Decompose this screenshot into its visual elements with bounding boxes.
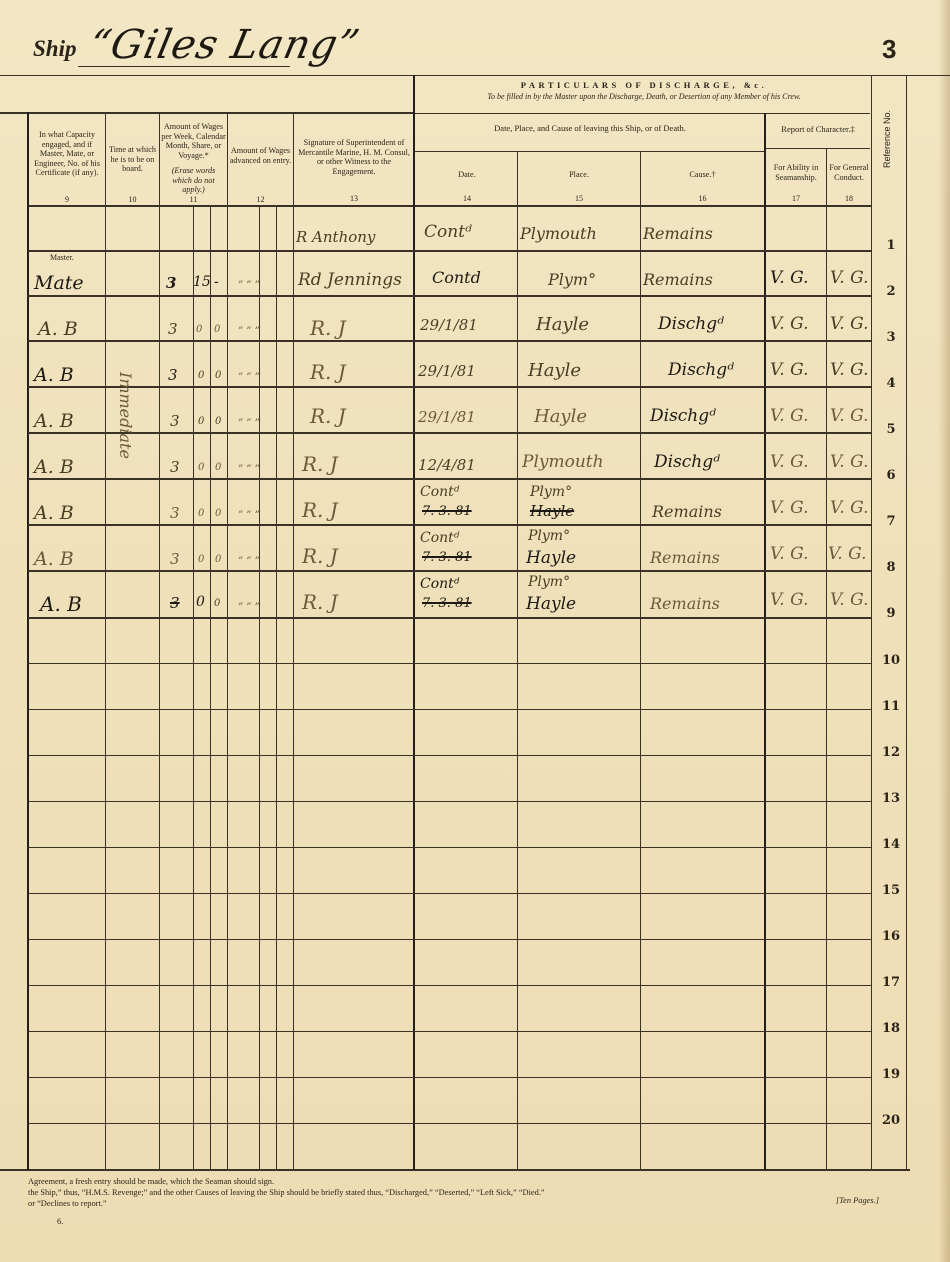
row5-wage-pounds: 3 (170, 412, 180, 430)
row9-ability: V. G. (770, 590, 809, 610)
ref-no-14: 14 (878, 837, 904, 852)
row4-date: 29/1/81 (418, 362, 476, 380)
col-line-12-13 (293, 112, 294, 1170)
row-line-14 (28, 847, 871, 848)
col-line-11a (193, 205, 194, 1170)
footer-note-line1: Agreement, a fresh entry should be made,… (28, 1176, 274, 1187)
row8-date: Contᵈ (420, 530, 459, 546)
header-col-13: Signature of Superintendent of Mercantil… (296, 138, 412, 176)
row2-wage-pounds: 3 (166, 274, 176, 292)
row6-wage-pence: 0 (215, 462, 221, 473)
row7-place-struck: Hayle (530, 502, 574, 520)
row4-cause: Dischgᵈ (668, 360, 734, 380)
row9-date: Contᵈ (420, 576, 459, 592)
ref-no-7: 7 (878, 514, 904, 529)
col-num-10: 10 (107, 195, 158, 204)
ref-no-1: 1 (878, 238, 904, 253)
row1-cause: Remains (643, 224, 713, 243)
row3-cause: Dischgᵈ (658, 314, 724, 334)
ref-no-8: 8 (878, 560, 904, 575)
row-line-16 (28, 939, 871, 940)
row4-conduct: V. G. (830, 360, 869, 380)
row8-witness: R. J (302, 544, 338, 568)
header-col-9: In what Capacity engaged, and if Master,… (30, 130, 104, 178)
row7-advance: ” ” ” (238, 510, 260, 521)
left-header-top-rule (0, 112, 413, 114)
row8-date-struck: 7. 3. 81 (422, 550, 472, 565)
row7-conduct: V. G. (830, 498, 869, 518)
header-col-14: Date. (418, 170, 516, 180)
col-num-12: 12 (229, 195, 292, 204)
header-col-11: Amount of Wages per Week, Calendar Month… (161, 122, 226, 160)
row6-wage-shillings: 0 (198, 462, 204, 473)
ref-no-13: 13 (878, 791, 904, 806)
row7-wage-pounds: 3 (170, 504, 180, 522)
row-line-1 (28, 250, 871, 252)
row3-place: Hayle (536, 314, 589, 335)
col-num-18: 18 (828, 194, 870, 203)
col-num-16: 16 (642, 194, 763, 203)
row8-wage-shillings: 0 (198, 554, 204, 565)
header-col-12: Amount of Wages advanced on entry. (229, 146, 292, 165)
row7-place: Plym° (530, 484, 572, 500)
row7-capacity: A. B (34, 502, 74, 524)
footer-note-line3: or “Declines to report.” (28, 1198, 107, 1209)
character-group-rule (765, 148, 870, 149)
row4-wage-shillings: 0 (198, 370, 204, 381)
row3-ability: V. G. (770, 314, 809, 334)
header-col-15: Place. (519, 170, 639, 180)
row6-cause: Dischgᵈ (654, 452, 720, 472)
row2-wage-shillings: 15 (193, 274, 211, 290)
footer-note-line2: the Ship,” thus, “H.M.S. Revenge;” and t… (28, 1187, 545, 1198)
column10-vertical-note: Immediate (116, 372, 135, 459)
row-line-2 (28, 295, 871, 297)
row-line-11 (28, 709, 871, 710)
col-line-right (906, 75, 907, 1170)
row6-wage-pounds: 3 (170, 458, 180, 476)
ref-no-10: 10 (878, 653, 904, 668)
col-line-17-18 (826, 148, 827, 1170)
row8-wage-pence: 0 (215, 554, 221, 565)
page-number: 3 (882, 34, 896, 65)
ref-no-6: 6 (878, 468, 904, 483)
col-line-13-14 (413, 75, 415, 1170)
header-col-16: Cause.† (642, 170, 763, 180)
paper-edge (938, 0, 950, 1262)
row9-advance: ” ” ” (238, 602, 260, 613)
row-line-15 (28, 893, 871, 894)
col-num-14: 14 (418, 194, 516, 203)
ship-name-underline (78, 66, 290, 67)
ref-no-2: 2 (878, 284, 904, 299)
row-line-3 (28, 340, 871, 342)
row5-advance: ” ” ” (238, 418, 260, 429)
row-line-13 (28, 801, 871, 802)
col-num-13: 13 (296, 194, 412, 203)
col-num-9: 9 (30, 195, 104, 204)
row9-wage-pounds: 3 (170, 594, 180, 612)
row4-wage-pence: 0 (215, 370, 221, 381)
col-num-11: 11 (161, 195, 226, 204)
row-line-19 (28, 1077, 871, 1078)
row5-cause: Dischgᵈ (650, 406, 716, 426)
row5-conduct: V. G. (830, 406, 869, 426)
col-line-9-10 (105, 112, 106, 1170)
row9-conduct: V. G. (830, 590, 869, 610)
discharge-subtitle: To be filled in by the Master upon the D… (418, 92, 870, 101)
row9-capacity: A. B (40, 592, 82, 616)
row-line-8 (28, 570, 871, 572)
leaving-group-header: Date, Place, and Cause of leaving this S… (418, 124, 762, 134)
row9-cause: Remains (650, 594, 720, 613)
row3-conduct: V. G. (830, 314, 869, 334)
ref-no-20: 20 (878, 1113, 904, 1128)
col-num-15: 15 (519, 194, 639, 203)
discharge-title-rule (415, 113, 870, 114)
row-line-20 (28, 1123, 871, 1124)
row8-place: Plym° (528, 528, 570, 544)
row3-witness: R. J (310, 316, 346, 340)
row9-place-second: Hayle (526, 594, 576, 614)
row8-advance: ” ” ” (238, 556, 260, 567)
leaving-group-rule (415, 151, 765, 152)
ref-no-11: 11 (878, 699, 904, 714)
row6-ability: V. G. (770, 452, 809, 472)
row6-witness: R. J (302, 452, 338, 476)
header-col-11-note: (Erase words which do not apply.) (161, 166, 226, 195)
ship-label: Ship (33, 36, 76, 62)
table-bottom-rule (0, 1169, 910, 1171)
row4-ability: V. G. (770, 360, 809, 380)
row6-date: 12/4/81 (418, 456, 476, 474)
row2-ability: V. G. (770, 268, 809, 288)
row8-ability: V. G. (770, 544, 809, 564)
row2-advance: ” ” ” (238, 280, 260, 291)
header-col-18: For General Conduct. (828, 163, 870, 182)
row-line-17 (28, 985, 871, 986)
col-line-16-17 (764, 113, 766, 1170)
row2-place: Plym° (548, 270, 596, 289)
row-line-9 (28, 617, 871, 619)
col-line-left (27, 112, 29, 1170)
row3-wage-pence: 0 (214, 324, 220, 335)
col-line-11b (210, 205, 211, 1170)
ref-no-9: 9 (878, 606, 904, 621)
ref-no-15: 15 (878, 883, 904, 898)
row2-capacity: Mate (34, 272, 84, 294)
row2-date: Contd (432, 268, 481, 287)
row9-wage-pence: 0 (214, 598, 220, 609)
row4-witness: R. J (310, 360, 346, 384)
row7-date-struck: 7. 3. 81 (422, 504, 472, 519)
row1-place: Plymouth (520, 224, 597, 243)
row9-date-struck: 7. 3. 81 (422, 596, 472, 611)
row7-cause: Remains (652, 502, 722, 521)
row7-wage-shillings: 0 (198, 508, 204, 519)
row4-capacity: A. B (34, 364, 74, 386)
row5-ability: V. G. (770, 406, 809, 426)
ref-no-3: 3 (878, 330, 904, 345)
ref-no-4: 4 (878, 376, 904, 391)
row6-advance: ” ” ” (238, 464, 260, 475)
discharge-title: PARTICULARS OF DISCHARGE, &c. (418, 80, 870, 90)
row3-wage-shillings: 0 (196, 324, 202, 335)
row3-date: 29/1/81 (420, 316, 478, 334)
row-line-10 (28, 663, 871, 664)
ref-no-12: 12 (878, 745, 904, 760)
col-line-12b (276, 205, 277, 1170)
col-line-15-16 (640, 151, 641, 1170)
row-line-5 (28, 432, 871, 434)
row-line-18 (28, 1031, 871, 1032)
col-num-17: 17 (767, 194, 825, 203)
row5-capacity: A. B (34, 410, 74, 432)
row-line-12 (28, 755, 871, 756)
ref-no-5: 5 (878, 422, 904, 437)
row8-cause: Remains (650, 548, 720, 567)
row7-date: Contᵈ (420, 484, 459, 500)
ref-no-18: 18 (878, 1021, 904, 1036)
row2-wage-pence: - (214, 274, 219, 290)
row5-place: Hayle (534, 406, 587, 427)
row1-date: Contᵈ (424, 222, 472, 242)
row2-conduct: V. G. (830, 268, 869, 288)
header-bottom-rule (28, 205, 871, 207)
row5-wage-pence: 0 (215, 416, 221, 427)
master-label: Master. (50, 253, 74, 262)
form-mark: 6. (57, 1216, 63, 1227)
header-col-17: For Ability in Seamanship. (767, 163, 825, 182)
row7-wage-pence: 0 (215, 508, 221, 519)
header-col-10: Time at which he is to be on board. (107, 145, 158, 174)
row3-wage-pounds: 3 (168, 320, 178, 338)
row2-witness: Rd Jennings (298, 270, 402, 290)
col-line-14-15 (517, 151, 518, 1170)
ship-name-handwritten: “Giles Lang” (85, 22, 364, 68)
row9-witness: R. J (302, 590, 338, 614)
ref-no-17: 17 (878, 975, 904, 990)
row4-place: Hayle (528, 360, 581, 381)
character-group-header: Report of Character.‡ (766, 125, 870, 135)
row3-capacity: A. B (38, 318, 78, 340)
ten-pages-note: [Ten Pages.] (836, 1195, 879, 1206)
row8-capacity: A. B (34, 548, 74, 570)
row5-date: 29/1/81 (418, 408, 476, 426)
row4-advance: ” ” ” (238, 372, 260, 383)
row8-place-second: Hayle (526, 548, 576, 568)
row6-conduct: V. G. (830, 452, 869, 472)
row8-wage-pounds: 3 (170, 550, 180, 568)
row-line-6 (28, 478, 871, 480)
row3-advance: ” ” ” (238, 326, 260, 337)
col-line-18-ref (871, 75, 872, 1170)
reference-no-header: Reference No. (882, 110, 892, 168)
row6-capacity: A. B (34, 456, 74, 478)
row-line-7 (28, 524, 871, 526)
row1-witness: R Anthony (296, 228, 375, 246)
row-line-4 (28, 386, 871, 388)
row9-wage-shillings: 0 (196, 594, 205, 610)
row8-conduct: V. G. (828, 544, 867, 564)
row7-witness: R. J (302, 498, 338, 522)
row5-witness: R. J (310, 404, 346, 428)
row9-place: Plym° (528, 574, 570, 590)
row4-wage-pounds: 3 (168, 366, 178, 384)
ref-no-16: 16 (878, 929, 904, 944)
col-line-12a (259, 205, 260, 1170)
row6-place: Plymouth (522, 452, 604, 472)
ref-no-19: 19 (878, 1067, 904, 1082)
top-rule (0, 75, 950, 76)
col-line-10-11 (159, 112, 160, 1170)
row2-cause: Remains (643, 270, 713, 289)
row5-wage-shillings: 0 (198, 416, 204, 427)
col-line-11-12 (227, 112, 228, 1170)
row7-ability: V. G. (770, 498, 809, 518)
